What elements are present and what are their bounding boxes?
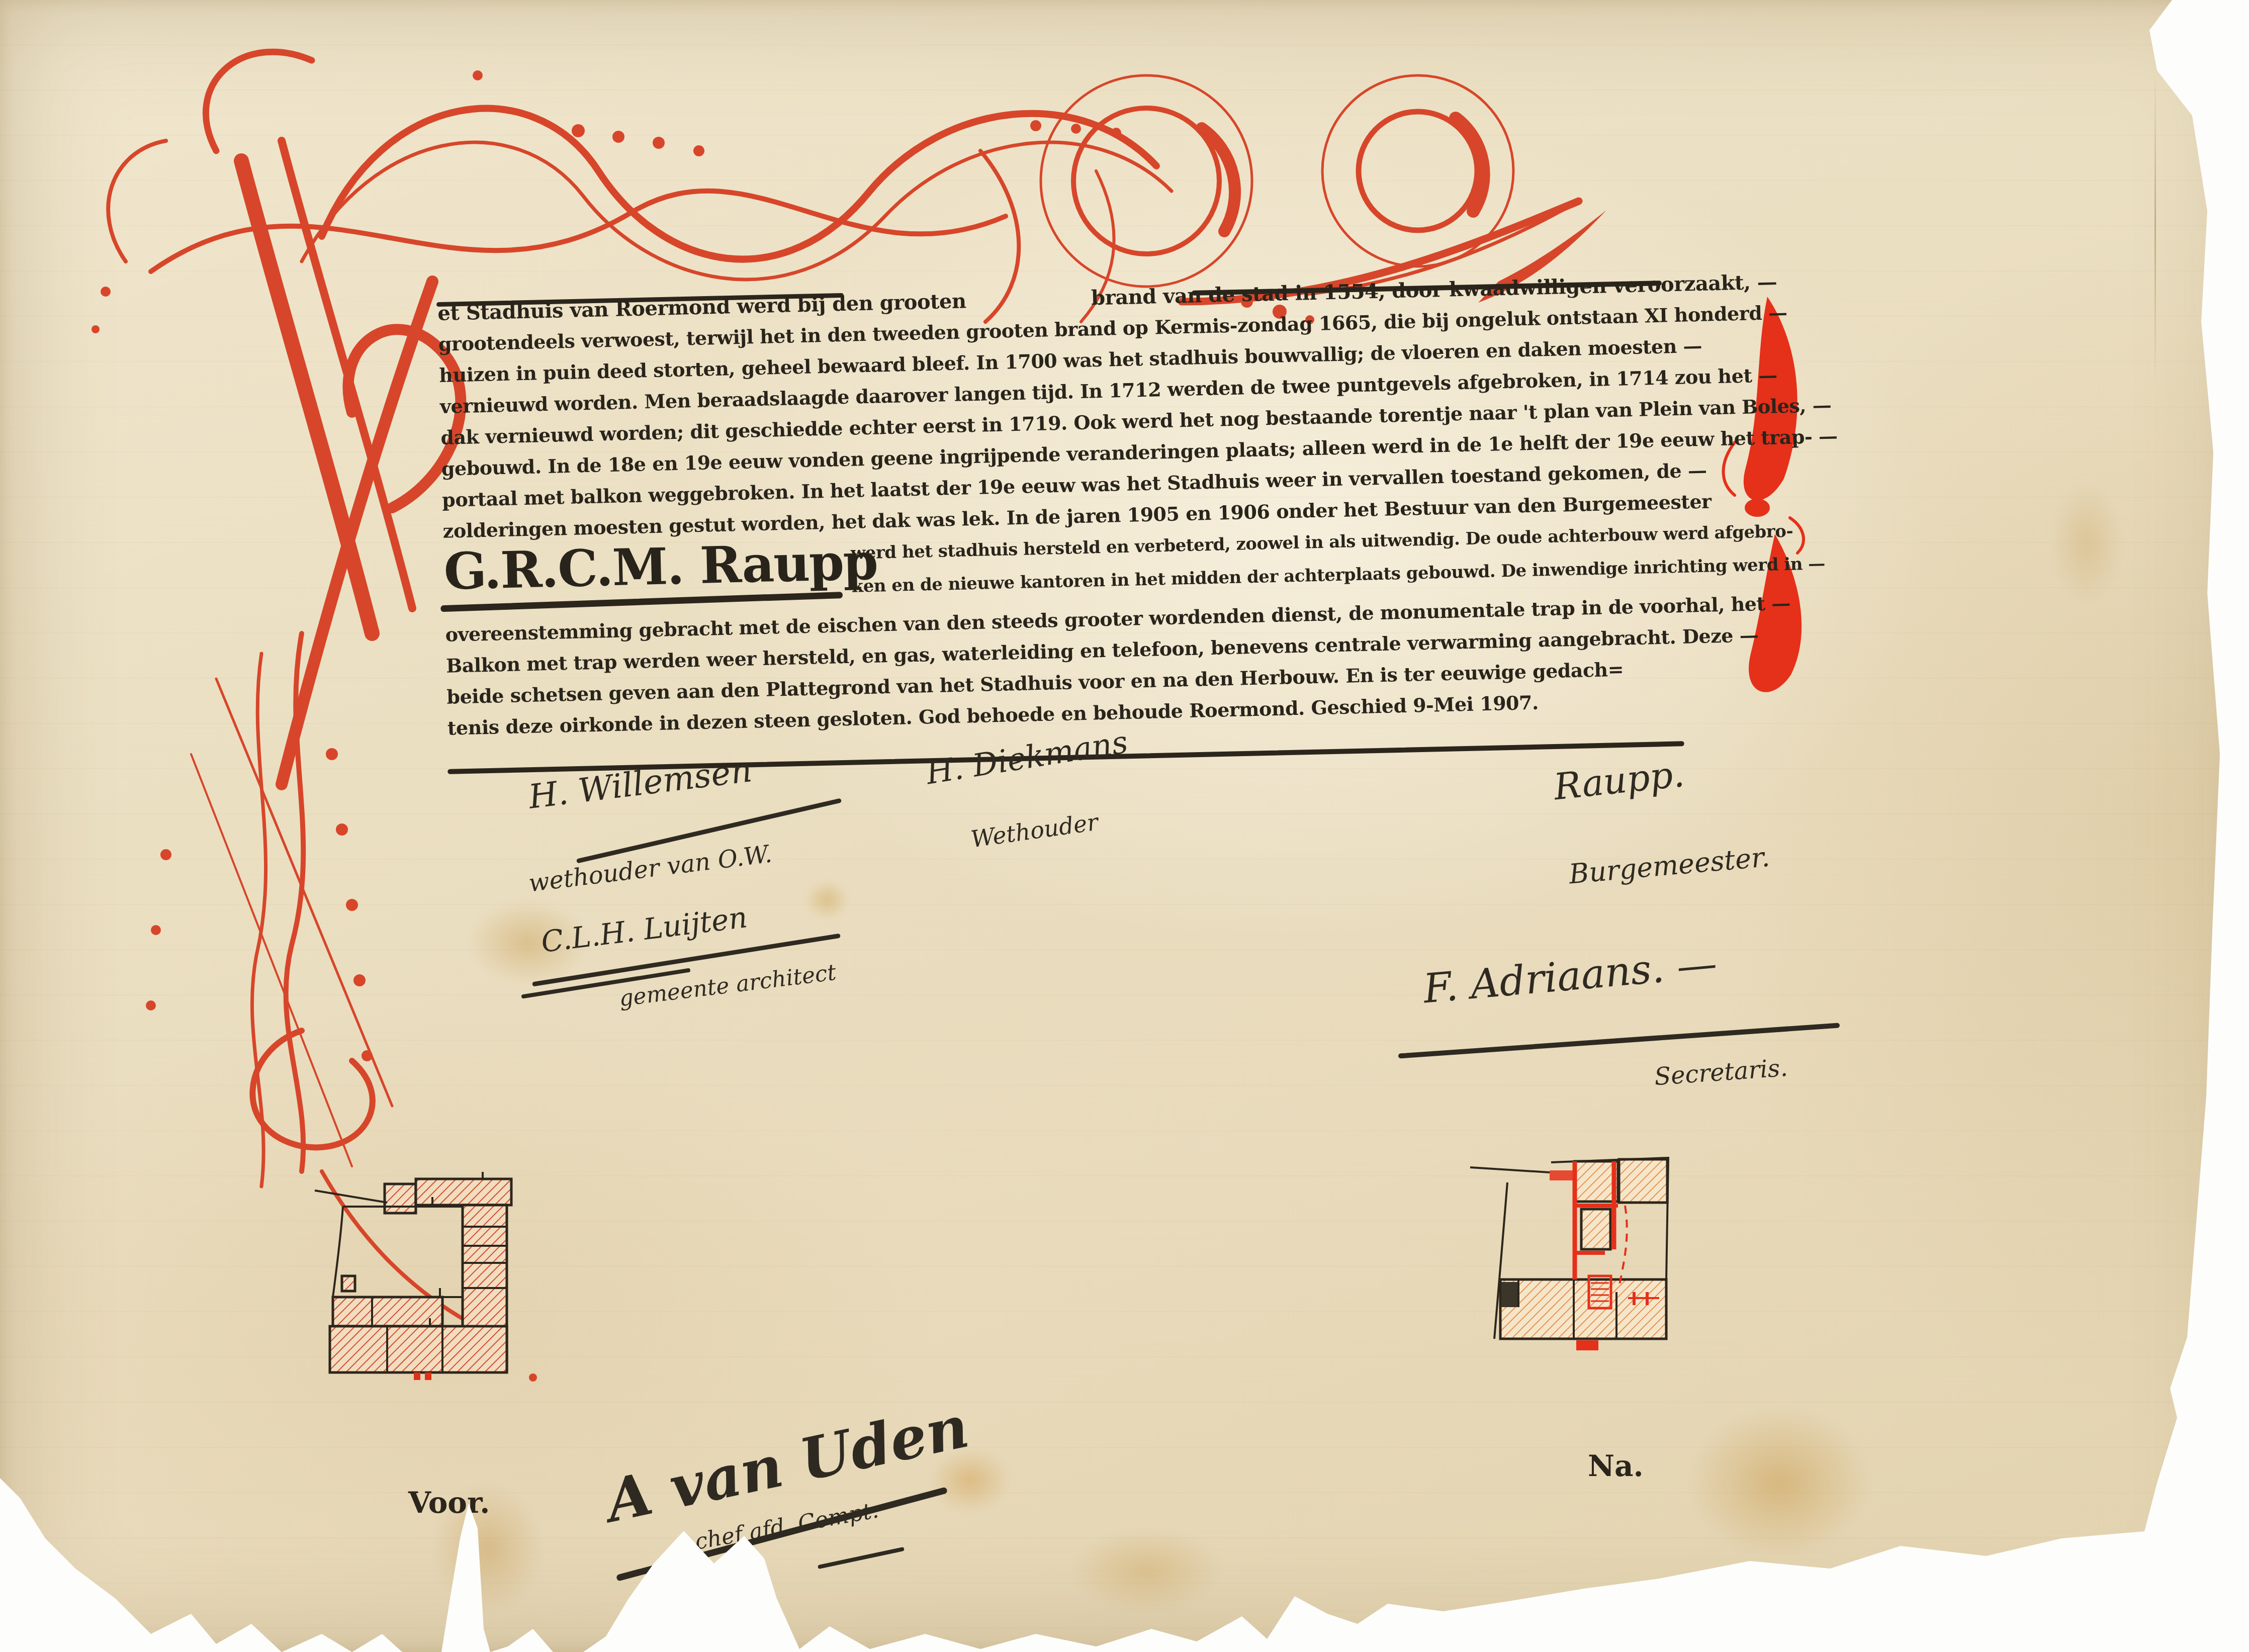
burgemeester-name-display: G.R.C.M. Raupp: [443, 532, 878, 601]
plan-label-before: Voor.: [408, 1486, 490, 1520]
scanned-charter-page: et Stadhuis van Roermond werd bij den gr…: [0, 0, 2249, 1652]
floor-plan-after: [1468, 1141, 1750, 1493]
plan-label-after: Na.: [1588, 1449, 1644, 1483]
floor-plan-before: [312, 1156, 583, 1508]
parchment-sheet: et Stadhuis van Roermond werd bij den gr…: [0, 0, 2249, 1652]
